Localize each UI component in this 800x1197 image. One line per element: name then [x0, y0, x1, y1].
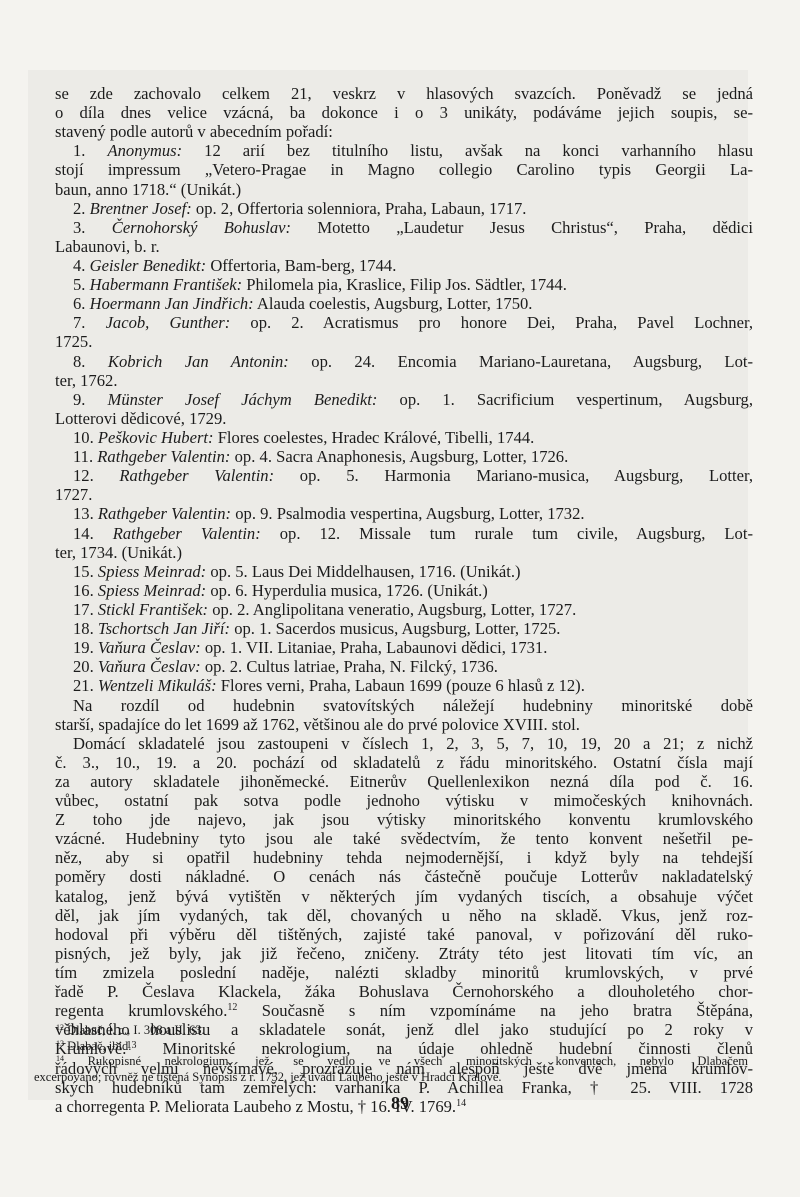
paragraph-line: hodoval při výběru děl tištěných, zajist… [55, 925, 753, 944]
author-name: Spiess Meinrad: [98, 581, 206, 600]
paragraph-line: vůbec, ostatní pak sotva podle jednoho v… [55, 791, 753, 810]
list-item-line: 17. Stickl František: op. 2. Anglipolita… [55, 600, 753, 619]
list-item-line: stojí impressum „Vetero-Pragae in Magno … [55, 160, 753, 179]
footnote-mark: 13 [56, 1039, 64, 1048]
list-item-line: 6. Hoermann Jan Jindřich: Alauda coelest… [55, 294, 753, 313]
paragraph-line: regenta krumlovského.12 Současně s ním v… [55, 1001, 753, 1020]
paragraph-line: něz, aby si opatřil hudebniny tehda nejm… [55, 848, 753, 867]
list-item-line: 14. Rathgeber Valentin: op. 12. Missale … [55, 524, 753, 543]
author-name: Münster Josef Jáchym Benedikt: [108, 390, 378, 409]
list-item-line: 5. Habermann František: Philomela pia, K… [55, 275, 753, 294]
paragraph-line: pisných, jež byly, jak již řečeno, zniče… [55, 944, 753, 963]
footnote-line: 13 Dlabač, ibid. [34, 1039, 748, 1055]
paragraph-line: tím zmizela poslední naděje, nalézti skl… [55, 963, 753, 982]
list-item-line: 7. Jacob, Gunther: op. 2. Acratismus pro… [55, 313, 753, 332]
intro-line: stavený podle autorů v abecedním pořadí: [55, 122, 753, 141]
author-name: Kobrich Jan Antonin: [108, 352, 289, 371]
paragraph-line: Domácí skladatelé jsou zastoupeni v čísl… [55, 734, 753, 753]
author-name: Černohorský Bohuslav: [112, 218, 291, 237]
footnote-line: 14 Rukopisné nekrologium, jež se vedlo v… [34, 1054, 748, 1070]
paragraph-line: vzácné. Hudebniny tyto jsou ale také svě… [55, 829, 753, 848]
list-item-line: 11. Rathgeber Valentin: op. 4. Sacra Ana… [55, 447, 753, 466]
paragraph-line: za autory skladatele jihoněmecké. Eitner… [55, 772, 753, 791]
page: se zde zachovalo celkem 21, veskrz v hla… [0, 0, 800, 1197]
footnotes: 12 Dlabač, l. c., I. 308 a II. 63.13 Dla… [34, 1023, 748, 1086]
author-name: Vaňura Česlav: [98, 638, 201, 657]
intro-line: o díla dnes velice vzácná, ba dokonce i … [55, 103, 753, 122]
list-item-line: ter, 1762. [55, 371, 753, 390]
list-item-line: 4. Geisler Benedikt: Offertoria, Bam-ber… [55, 256, 753, 275]
list-item-line: 8. Kobrich Jan Antonin: op. 24. Encomia … [55, 352, 753, 371]
list-item-line: 1727. [55, 485, 753, 504]
list-item-line: 13. Rathgeber Valentin: op. 9. Psalmodia… [55, 504, 753, 523]
author-name: Rathgeber Valentin: [113, 524, 261, 543]
list-item-line: 2. Brentner Josef: op. 2, Offertoria sol… [55, 199, 753, 218]
list-item-line: 10. Peškovic Hubert: Flores coelestes, H… [55, 428, 753, 447]
author-name: Peškovic Hubert: [98, 428, 214, 447]
author-name: Habermann František: [90, 275, 243, 294]
paragraph-line: starší, spadajíce do let 1699 až 1762, v… [55, 715, 753, 734]
author-name: Hoermann Jan Jindřich: [90, 294, 254, 313]
list-item-line: 1. Anonymus: 12 arií bez titulního listu… [55, 141, 753, 160]
author-name: Spiess Meinrad: [98, 562, 206, 581]
author-name: Brentner Josef: [90, 199, 192, 218]
footnote-line: excerpováno; rovněž ne tištěná Synopsis … [34, 1070, 748, 1086]
footnote-mark: 12 [56, 1023, 64, 1032]
page-number: 89 [0, 1093, 800, 1114]
author-name: Vaňura Česlav: [98, 657, 201, 676]
author-name: Stickl František: [98, 600, 208, 619]
author-name: Rathgeber Valentin: [97, 447, 230, 466]
list-item-line: 9. Münster Josef Jáchym Benedikt: op. 1.… [55, 390, 753, 409]
intro-line: se zde zachovalo celkem 21, veskrz v hla… [55, 84, 753, 103]
list-item-line: ter, 1734. (Unikát.) [55, 543, 753, 562]
list-item-line: 16. Spiess Meinrad: op. 6. Hyperdulia mu… [55, 581, 753, 600]
author-name: Wentzeli Mikuláš: [98, 676, 217, 695]
footnote-mark: 14 [56, 1054, 64, 1063]
paragraph-line: řadě P. Česlava Klackela, žáka Bohuslava… [55, 982, 753, 1001]
paragraph-line: Na rozdíl od hudebnin svatovítských nále… [55, 696, 753, 715]
list-item-line: 15. Spiess Meinrad: op. 5. Laus Dei Midd… [55, 562, 753, 581]
list-item-line: 12. Rathgeber Valentin: op. 5. Harmonia … [55, 466, 753, 485]
author-name: Geisler Benedikt: [90, 256, 207, 275]
paragraph-line: č. 3., 10., 19. a 20. pochází od skladat… [55, 753, 753, 772]
paragraph-line: děl, jak jím vydaných, tak děl, chovanýc… [55, 906, 753, 925]
paragraph-line: poměry dosti nákladné. O cenách nás část… [55, 867, 753, 886]
author-name: Tschortsch Jan Jiří: [98, 619, 230, 638]
author-name: Rathgeber Valentin: [98, 504, 231, 523]
list-item-line: 1725. [55, 332, 753, 351]
list-item-line: 21. Wentzeli Mikuláš: Flores verni, Prah… [55, 676, 753, 695]
list-item-line: baun, anno 1718.“ (Unikát.) [55, 180, 753, 199]
author-name: Jacob, Gunther: [106, 313, 231, 332]
paragraph-line: Z toho jde najevo, jak jsou výtisky mino… [55, 810, 753, 829]
author-name: Anonymus: [107, 141, 182, 160]
list-item-line: 20. Vaňura Česlav: op. 2. Cultus latriae… [55, 657, 753, 676]
footnote-line: 12 Dlabač, l. c., I. 308 a II. 63. [34, 1023, 748, 1039]
author-name: Rathgeber Valentin: [119, 466, 274, 485]
footnote-ref: 12 [227, 1002, 237, 1013]
list-item-line: 19. Vaňura Česlav: op. 1. VII. Litaniae,… [55, 638, 753, 657]
list-item-line: 18. Tschortsch Jan Jiří: op. 1. Sacerdos… [55, 619, 753, 638]
list-item-line: Lotterovi dědicové, 1729. [55, 409, 753, 428]
list-item-line: 3. Černohorský Bohuslav: Motetto „Laudet… [55, 218, 753, 237]
paragraph-line: katalog, jenž bývá vytištěn v některých … [55, 887, 753, 906]
list-item-line: Labaunovi, b. r. [55, 237, 753, 256]
main-text: se zde zachovalo celkem 21, veskrz v hla… [55, 84, 753, 1116]
